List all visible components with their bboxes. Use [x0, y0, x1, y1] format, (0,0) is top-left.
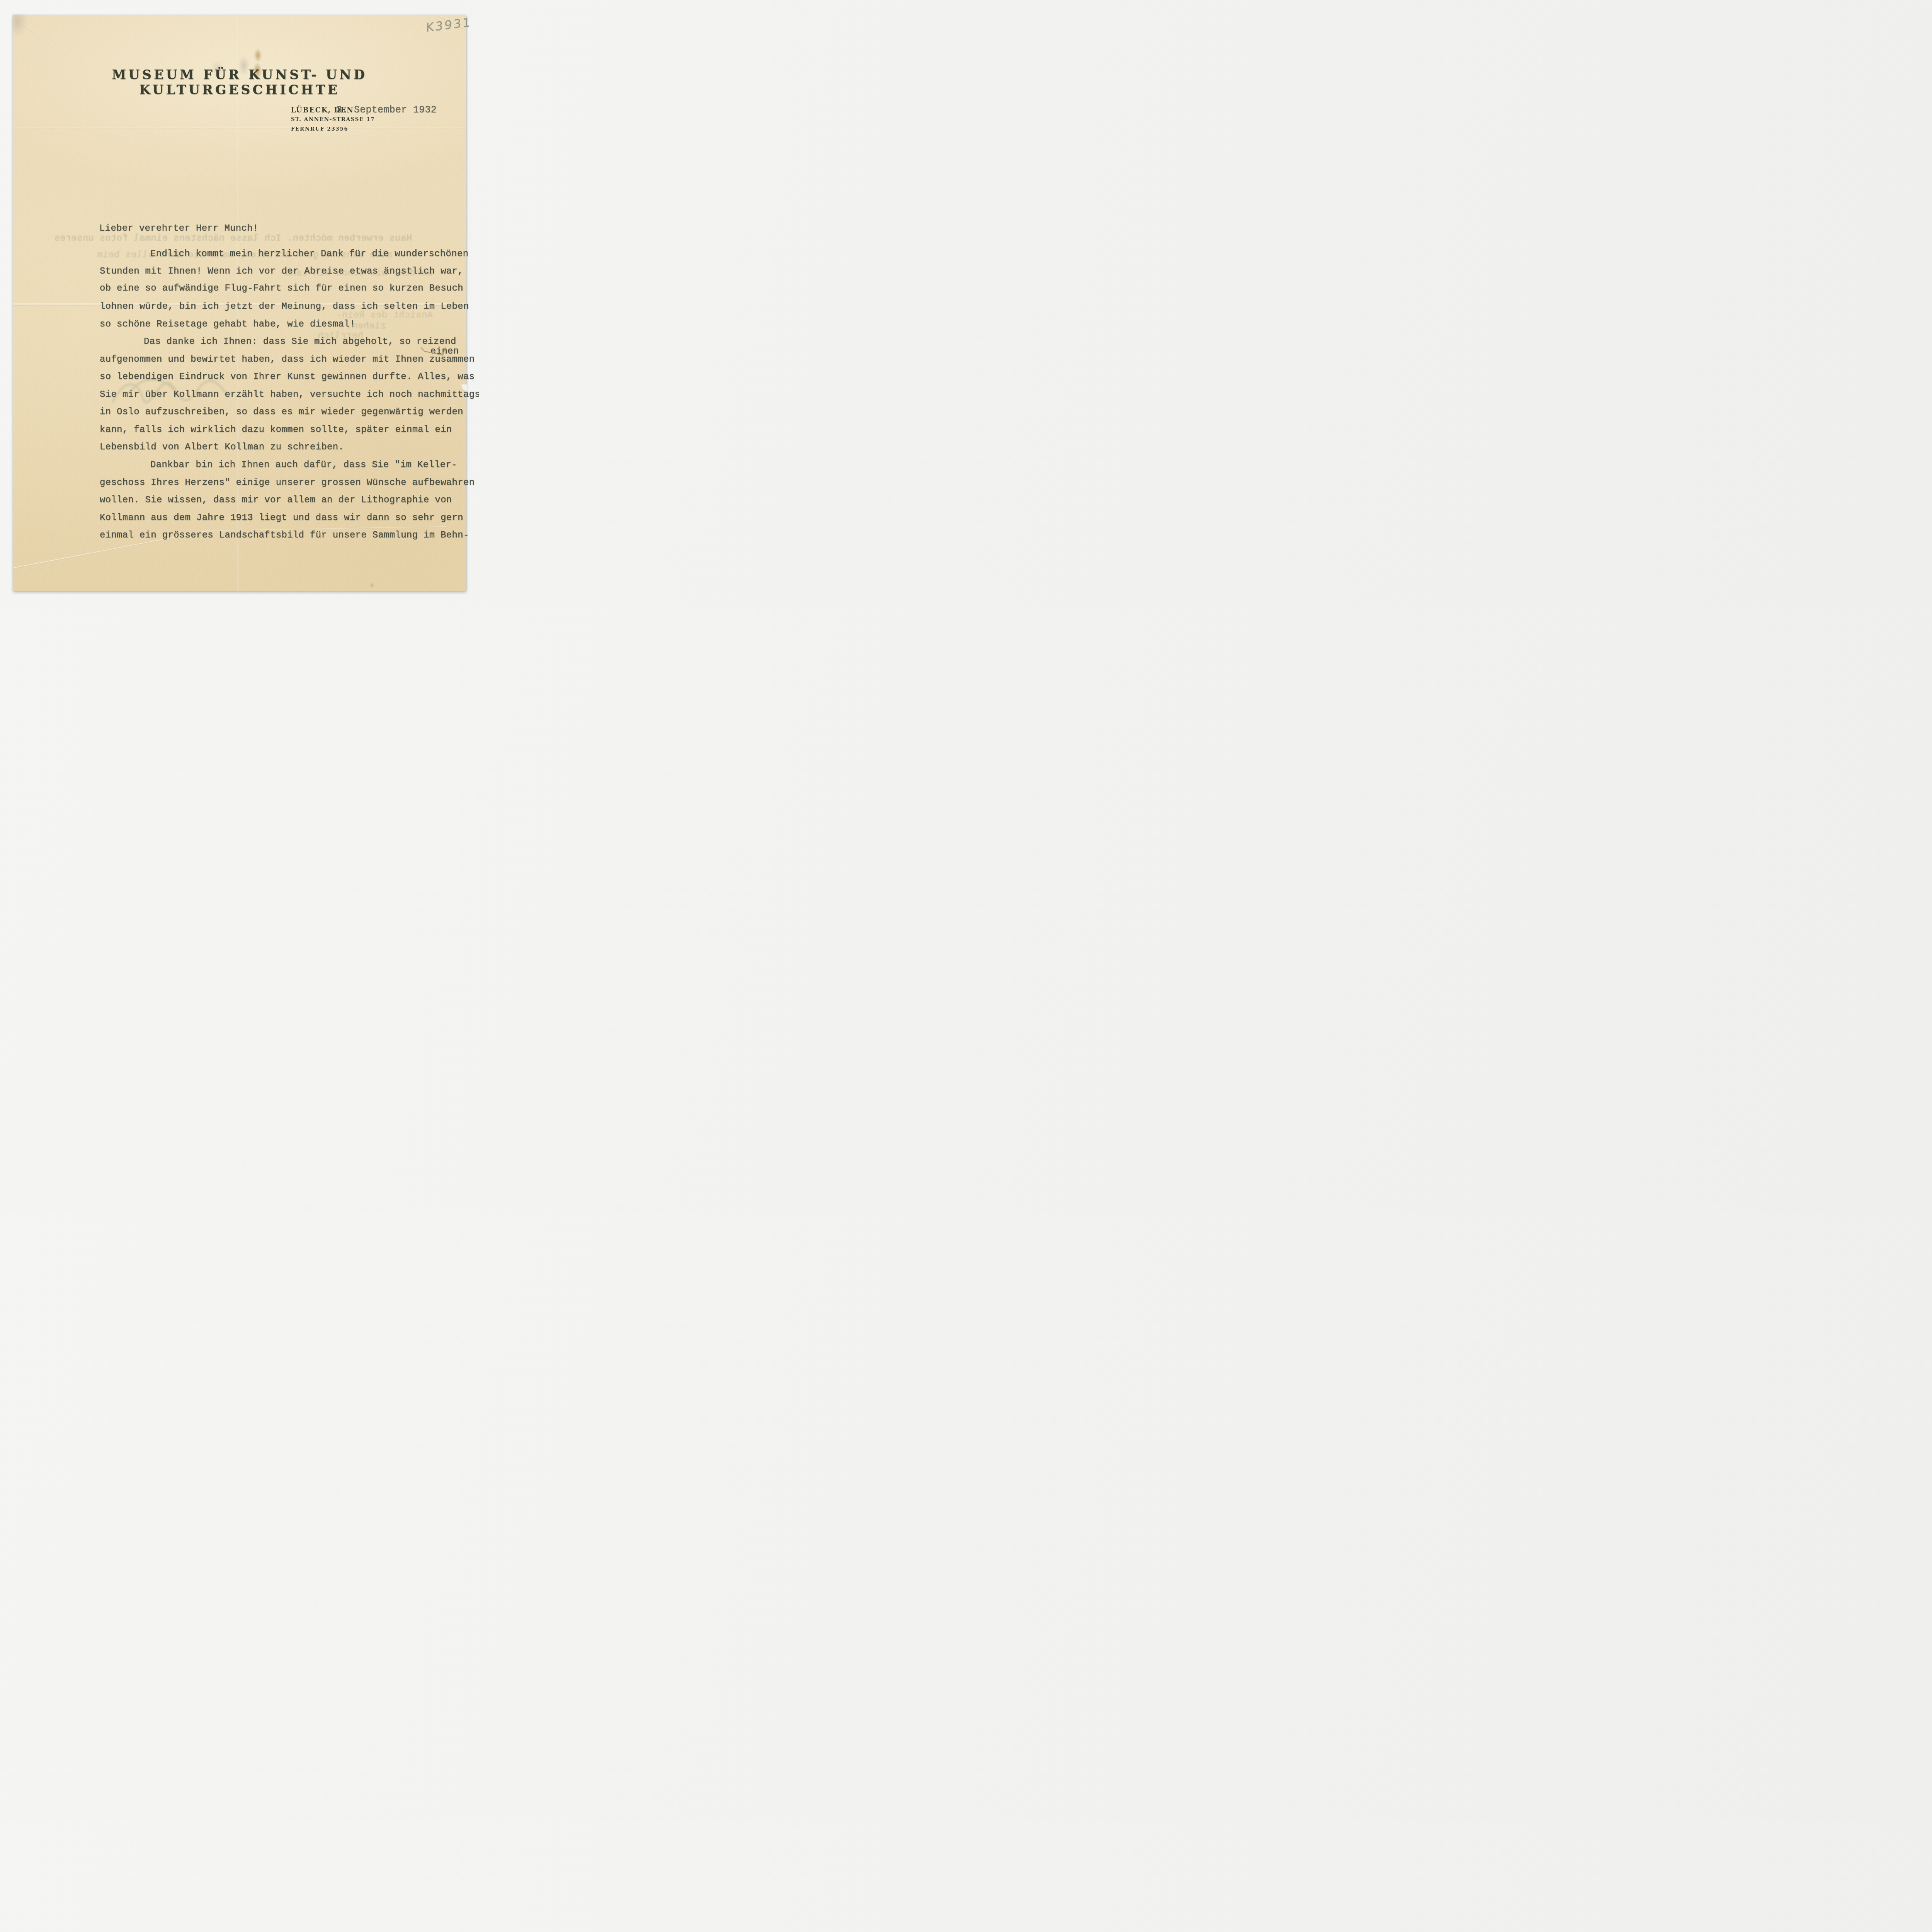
letterhead-title: MUSEUM FÜR KUNST- UND KULTURGESCHICHTE	[13, 67, 466, 97]
letterhead-address: ST. ANNEN-STRASSE 17	[291, 116, 375, 122]
scan-background: { "document": { "archive_number": "K3931…	[0, 0, 479, 607]
body-line: lohnen würde, bin ich jetzt der Meinung,…	[100, 301, 469, 312]
body-line: so lebendigen Eindruck von Ihrer Kunst g…	[100, 372, 474, 382]
body-line: geschoss Ihres Herzens" einige unserer g…	[100, 478, 474, 488]
top-left-corner-crease	[14, 19, 56, 49]
body-line: in Oslo aufzuschreiben, so dass es mir w…	[100, 407, 463, 417]
body-line: ob eine so aufwändige Flug-Fahrt sich fü…	[100, 283, 463, 294]
body-line: aufgenommen und bewirtet haben, dass ich…	[100, 354, 474, 365]
corner-smudge	[12, 14, 28, 37]
salutation: Lieber verehrter Herr Munch!	[99, 223, 259, 234]
letter-page: K3931 MUSEUM FÜR KUNST- UND KULTURGESCHI…	[13, 15, 466, 591]
body-line: Kollmann aus dem Jahre 1913 liegt und da…	[100, 513, 463, 523]
body-line: Endlich kommt mein herzlicher Dank für d…	[150, 249, 468, 259]
bottom-right-spot	[369, 582, 374, 588]
body-line: einmal ein grösseres Landschaftsbild für…	[100, 530, 469, 541]
letterhead-phone: FERNRUF 23356	[291, 126, 348, 132]
letterhead-date: 3. September 1932	[336, 104, 437, 116]
body-line: Das danke ich Ihnen: dass Sie mich abgeh…	[144, 337, 456, 347]
body-line: wollen. Sie wissen, dass mir vor allem a…	[100, 495, 452, 505]
body-line: Stunden mit Ihnen! Wenn ich vor der Abre…	[100, 266, 463, 277]
archive-number: K3931	[426, 15, 472, 35]
body-line: kann, falls ich wirklich dazu kommen sol…	[100, 425, 452, 435]
top-left-corner-crease-2	[35, 20, 87, 61]
faint-horizontal-crease	[13, 127, 466, 129]
body-line: Dankbar bin ich Ihnen auch dafür, dass S…	[150, 460, 457, 470]
body-line: Lebensbild von Albert Kollman zu schreib…	[100, 442, 344, 452]
body-line: Sie mir über Kollmann erzählt haben, ver…	[100, 389, 479, 400]
bleedthrough-line: Haus erwerben möchten. Ich lasse nächste…	[54, 233, 412, 244]
body-line: so schöne Reisetage gehabt habe, wie die…	[100, 319, 355, 330]
